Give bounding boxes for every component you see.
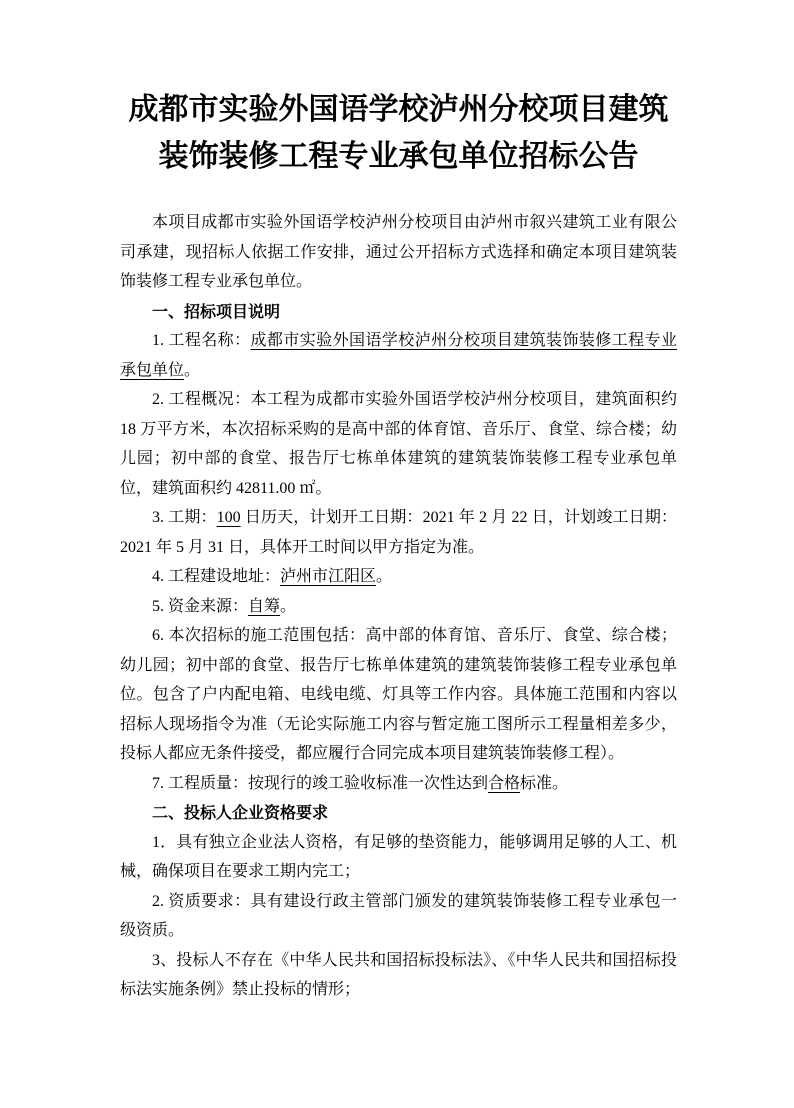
item-construction-scope: 6. 本次招标的施工范围包括：高中部的体育馆、音乐厅、食堂、综合楼；幼儿园；初中…	[120, 621, 677, 769]
item-project-address-label: 4. 工程建设地址：	[152, 568, 280, 585]
section2-heading: 二、投标人企业资格要求	[120, 798, 677, 828]
item-project-overview: 2. 工程概况：本工程为成都市实验外国语学校泸州分校项目，建筑面积约 18 万平…	[120, 385, 677, 503]
item-project-name: 1. 工程名称：成都市实验外国语学校泸州分校项目建筑装饰装修工程专业承包单位。	[120, 326, 677, 385]
item-project-name-suffix: 。	[184, 362, 200, 379]
item-project-quality: 7. 工程质量：按现行的竣工验收标准一次性达到合格标准。	[120, 769, 677, 799]
item-construction-period-value: 100	[217, 509, 241, 526]
item-project-quality-suffix: 标准。	[520, 775, 568, 792]
item-construction-period-label: 3. 工期：	[152, 509, 217, 526]
section1-heading: 一、招标项目说明	[120, 297, 677, 327]
document-title: 成都市实验外国语学校泸州分校项目建筑 装饰装修工程专业承包单位招标公告	[120, 86, 677, 180]
item-project-address: 4. 工程建设地址：泸州市江阳区。	[120, 562, 677, 592]
item-qualification-requirement: 2. 资质要求：具有建设行政主管部门颁发的建筑装饰装修工程专业承包一级资质。	[120, 887, 677, 946]
item-project-address-suffix: 。	[376, 568, 392, 585]
document-title-line2: 装饰装修工程专业承包单位招标公告	[120, 133, 677, 180]
document-page: 成都市实验外国语学校泸州分校项目建筑 装饰装修工程专业承包单位招标公告 本项目成…	[0, 0, 794, 1108]
item-funding-source: 5. 资金来源：自筹。	[120, 592, 677, 622]
item-legal-person-qualification: 1．具有独立企业法人资格，有足够的垫资能力，能够调用足够的人工、机械，确保项目在…	[120, 828, 677, 887]
item-project-quality-value: 合格	[488, 775, 520, 792]
item-project-quality-label: 7. 工程质量：按现行的竣工验收标准一次性达到	[152, 775, 488, 792]
item-project-name-label: 1. 工程名称：	[152, 332, 251, 349]
item-funding-source-value: 自筹	[248, 598, 280, 615]
item-construction-period: 3. 工期：100 日历天，计划开工日期：2021 年 2 月 22 日，计划竣…	[120, 503, 677, 562]
item-funding-source-suffix: 。	[280, 598, 296, 615]
document-title-line1: 成都市实验外国语学校泸州分校项目建筑	[120, 86, 677, 133]
item-bidding-law-compliance: 3、投标人不存在《中华人民共和国招标投标法》、《中华人民共和国招标投标法实施条例…	[120, 946, 677, 1005]
item-funding-source-label: 5. 资金来源：	[152, 598, 248, 615]
item-project-address-value: 泸州市江阳区	[280, 568, 376, 585]
intro-paragraph: 本项目成都市实验外国语学校泸州分校项目由泸州市叙兴建筑工业有限公司承建，现招标人…	[120, 208, 677, 297]
